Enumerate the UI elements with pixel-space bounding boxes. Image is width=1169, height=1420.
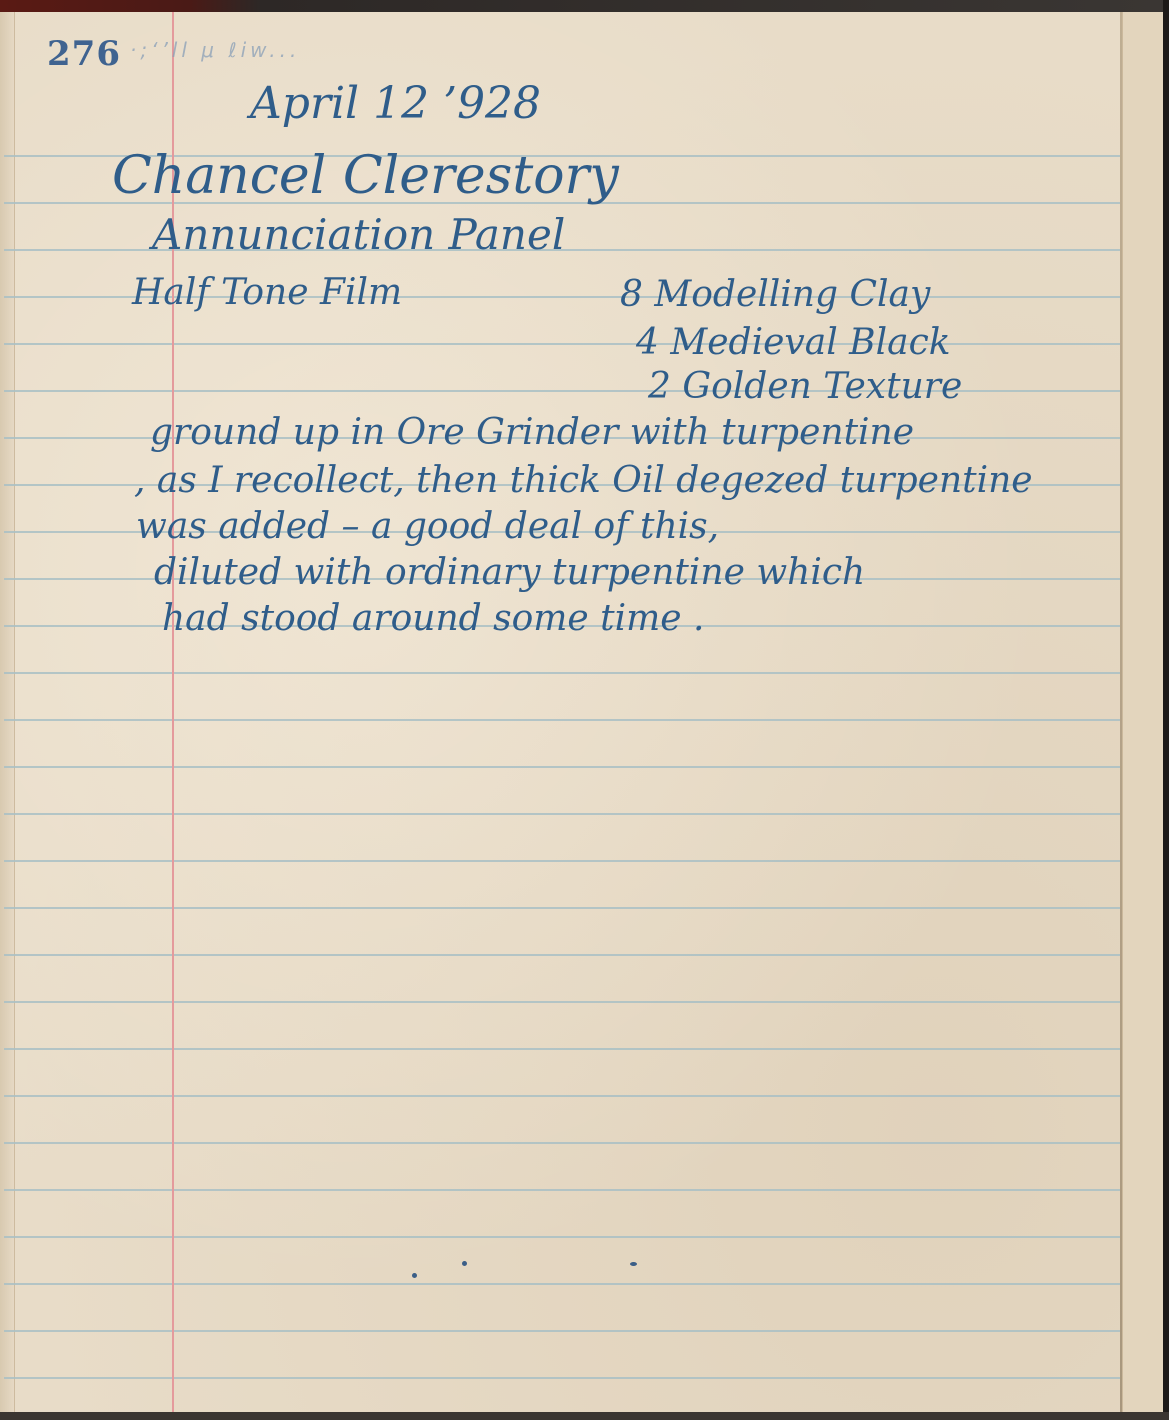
ink-speck <box>412 1273 417 1278</box>
rule-line <box>4 766 1169 768</box>
entry-date: April 12 ’928 <box>250 78 541 129</box>
rule-line <box>4 860 1169 862</box>
material-qty: 4 <box>636 322 659 363</box>
book-right-edge <box>1163 0 1169 1420</box>
faint-stamp: ·;ʻ’ll μ ℓiw... <box>130 38 300 62</box>
rule-line <box>4 813 1169 815</box>
material-name: Golden Texture <box>682 366 962 407</box>
rule-line <box>4 1142 1169 1144</box>
body-line: was added – a good deal of this, <box>136 506 719 547</box>
ink-speck <box>630 1262 637 1266</box>
body-line: , as I recollect, then thick Oil degezed… <box>134 460 1033 501</box>
rule-line <box>4 343 1169 345</box>
ink-speck <box>462 1261 467 1266</box>
entry-title: Chancel Clerestory <box>112 146 619 206</box>
materials-label: Half Tone Film <box>132 272 402 313</box>
rule-line <box>4 719 1169 721</box>
rule-line <box>4 672 1169 674</box>
rule-line <box>4 1330 1169 1332</box>
rule-line <box>4 390 1169 392</box>
rule-line <box>4 1236 1169 1238</box>
page-number: 276 <box>47 34 121 74</box>
rule-line <box>4 907 1169 909</box>
rule-line <box>4 1377 1169 1379</box>
rule-line <box>4 1283 1169 1285</box>
material-qty: 8 <box>620 274 643 315</box>
body-line-text: was added – a good deal of this, <box>136 506 719 547</box>
material-qty: 2 <box>648 366 671 407</box>
material-name: Modelling Clay <box>654 274 930 315</box>
material-item: 2 Golden Texture <box>648 366 962 407</box>
material-name: Medieval Black <box>670 322 950 363</box>
rule-line <box>4 1001 1169 1003</box>
rule-line <box>4 1048 1169 1050</box>
rule-line <box>4 1095 1169 1097</box>
body-line: diluted with ordinary turpentine which <box>154 552 865 593</box>
entry-subtitle: Annunciation Panel <box>152 210 565 259</box>
rule-line <box>4 1189 1169 1191</box>
body-line: ground up in Ore Grinder with turpentine <box>150 412 914 453</box>
book-bottom-edge <box>0 1412 1169 1420</box>
rule-line <box>4 954 1169 956</box>
body-line: had stood around some time . <box>162 598 704 639</box>
material-item: 4 Medieval Black <box>636 322 951 363</box>
material-item: 8 Modelling Clay <box>620 274 930 315</box>
next-page-edge <box>1122 12 1169 1412</box>
